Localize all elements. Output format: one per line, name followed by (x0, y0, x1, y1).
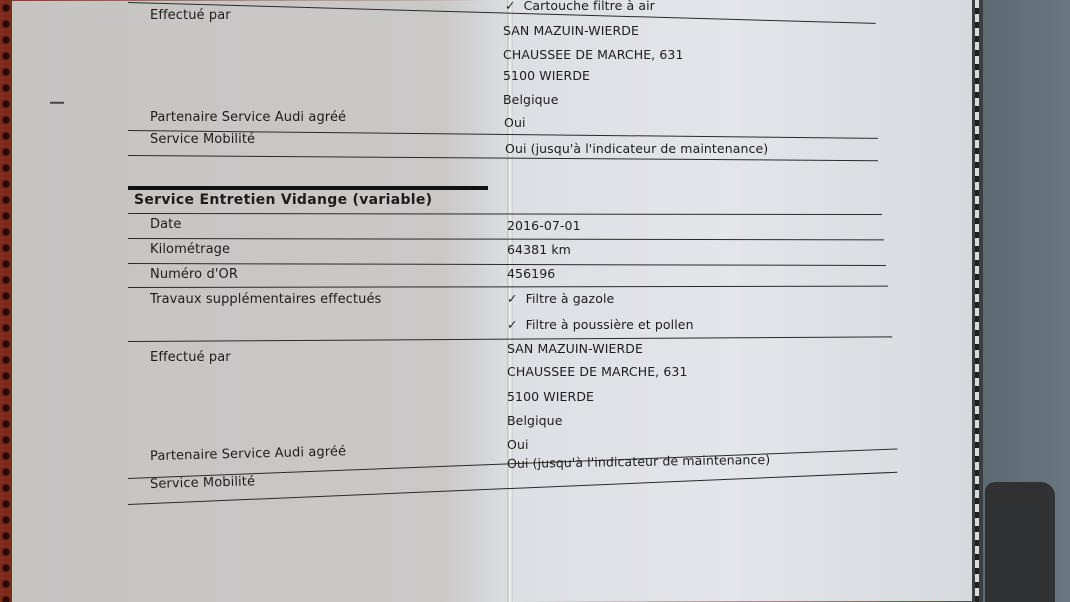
garage-name: SAN MAZUIN-WIERDE (503, 23, 639, 38)
mobility-value: Oui (jusqu'à l'indicateur de maintenance… (505, 141, 768, 156)
service-record: ✓Cartouche filtre à air Effectué par SAN… (0, 0, 1070, 602)
mobility-label: Service Mobilité (150, 132, 255, 147)
garage-street: CHAUSSEE DE MARCHE, 631 (507, 364, 688, 379)
row-divider (128, 2, 876, 24)
partner-value: Oui (507, 437, 529, 452)
section-heading: Service Entretien Vidange (variable) (134, 192, 432, 208)
garage-country: Belgique (507, 413, 563, 428)
row-divider (128, 213, 882, 215)
mileage-label: Kilométrage (150, 242, 230, 257)
partner-label: Partenaire Service Audi agréé (150, 110, 346, 125)
check-icon: ✓ (507, 317, 518, 332)
mileage-value: 64381 km (507, 242, 571, 257)
extra-work-item: ✓Filtre à gazole (507, 291, 614, 306)
extra-work-item: ✓Filtre à poussière et pollen (507, 317, 694, 332)
date-label: Date (150, 217, 181, 232)
mobility-label: Service Mobilité (150, 474, 255, 492)
garage-city: 5100 WIERDE (503, 68, 590, 83)
mobility-value: Oui (jusqu'à l'indicateur de maintenance… (507, 452, 770, 471)
section-rule (128, 186, 488, 190)
partner-value: Oui (504, 115, 526, 130)
row-divider (128, 286, 888, 289)
check-icon: ✓ (505, 0, 516, 13)
row-divider (128, 238, 884, 241)
extra-work-label: Travaux supplémentaires effectués (150, 292, 381, 307)
garage-city: 5100 WIERDE (507, 389, 594, 404)
order-number-value: 456196 (507, 266, 555, 281)
order-number-label: Numéro d'OR (150, 267, 238, 282)
date-value: 2016-07-01 (507, 218, 581, 233)
partner-label: Partenaire Service Audi agréé (150, 444, 346, 464)
check-icon: ✓ (507, 291, 518, 306)
performed-by-label: Effectué par (150, 350, 231, 365)
garage-country: Belgique (503, 92, 559, 107)
performed-by-label: Effectué par (150, 8, 231, 23)
garage-name: SAN MAZUIN-WIERDE (507, 341, 643, 356)
extra-work-item: ✓Cartouche filtre à air (505, 0, 655, 13)
garage-street: CHAUSSEE DE MARCHE, 631 (503, 47, 684, 62)
